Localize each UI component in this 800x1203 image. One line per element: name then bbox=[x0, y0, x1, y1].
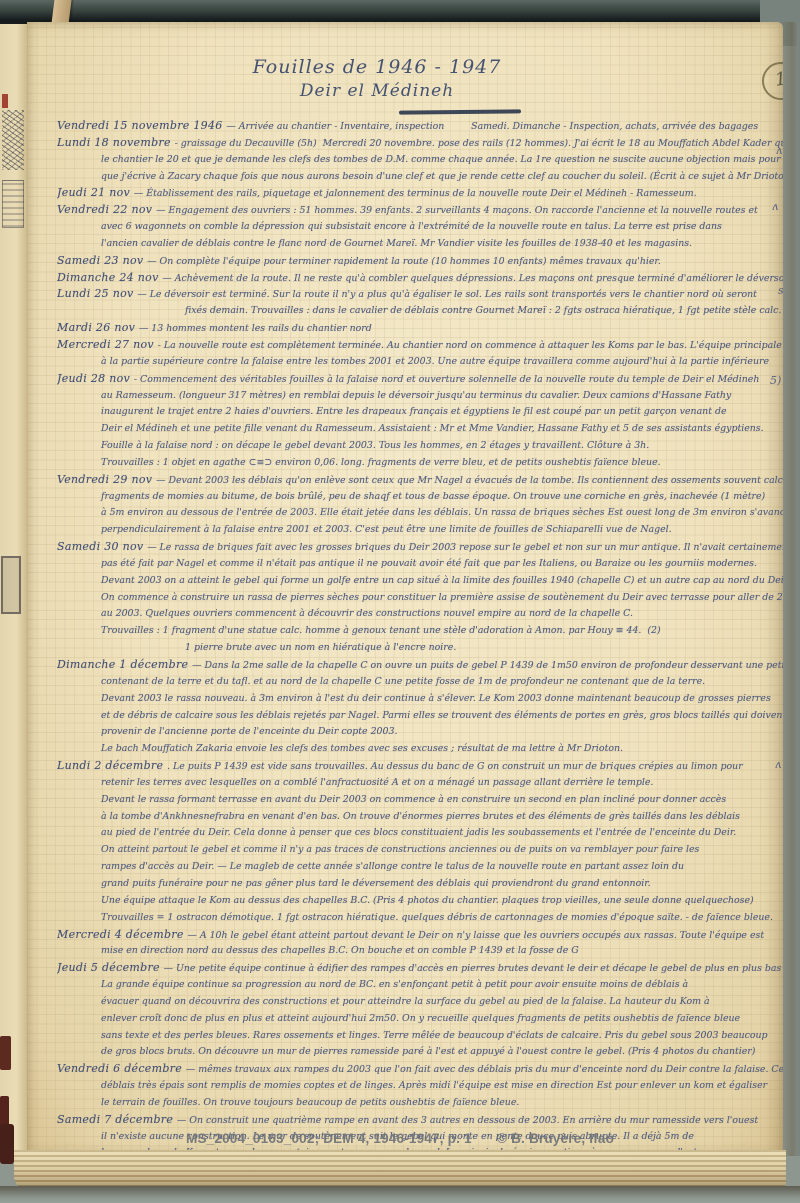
journal-line: contenant de la terre et du tafl. et au … bbox=[57, 674, 783, 691]
journal-line: Une équipe attaque le Kom au dessus des … bbox=[57, 893, 783, 910]
journal-line: Samedi 23 nov — On complète l'équipe pou… bbox=[57, 253, 783, 270]
journal-line: retenir les terres avec lesquelles on a … bbox=[57, 775, 783, 792]
journal-line: de gros blocs bruts. On découvre un mur … bbox=[57, 1044, 783, 1061]
previous-page-sliver bbox=[0, 24, 27, 1160]
journal-line: le terrain de fouilles. On trouve toujou… bbox=[57, 1095, 783, 1112]
journal-line: perpendiculairement à la falaise entre 2… bbox=[57, 522, 783, 539]
journal-line: Deir el Médineh et une petite fille vena… bbox=[57, 421, 783, 438]
entry-date: Lundi 18 novembre bbox=[57, 136, 175, 149]
journal-line: et de débris de calcaire sous les déblai… bbox=[57, 708, 783, 725]
journal-line: Trouvailles = 1 ostracon démotique. 1 fg… bbox=[57, 910, 783, 927]
sketch-fragment bbox=[2, 180, 24, 228]
page-edge-right bbox=[780, 22, 800, 1156]
photo-bottom-shadow bbox=[0, 1186, 800, 1203]
journal-line: au 2003. Quelques ouvriers commencent à … bbox=[57, 606, 783, 623]
journal-line: avec 6 wagonnets on comble la dépression… bbox=[57, 219, 783, 236]
notebook-photo: Fouilles de 1946 - 1947 Deir el Médineh … bbox=[0, 0, 800, 1203]
entry-date: Lundi 2 décembre bbox=[57, 759, 167, 772]
journal-line: Vendredi 6 décembre — mêmes travaux aux … bbox=[57, 1061, 783, 1078]
journal-line: Samedi 30 nov — Le rassa de briques fait… bbox=[57, 539, 783, 556]
journal-line: évacuer quand on découvrira des construc… bbox=[57, 994, 783, 1011]
copyright-caption: © B. Bruyère, Ifao bbox=[497, 1131, 614, 1146]
title-underline bbox=[399, 109, 521, 114]
journal-line: rampes d'accès au Deir. — Le magleb de c… bbox=[57, 859, 783, 876]
entry-date: Mercredi 4 décembre bbox=[57, 928, 187, 941]
journal-line: que j'écrive à Zacary chaque fois que no… bbox=[57, 169, 783, 186]
entry-date: Vendredi 29 nov bbox=[57, 473, 156, 486]
journal-line: fixés demain. Trouvailles : dans le cava… bbox=[57, 303, 783, 320]
journal-line: à la partie supérieure contre la falaise… bbox=[57, 354, 783, 371]
journal-line: sans texte et des perles bleues. Rares o… bbox=[57, 1028, 783, 1045]
entry-date: Dimanche 24 nov bbox=[57, 271, 162, 284]
entry-date: Vendredi 15 novembre 1946 bbox=[57, 119, 226, 132]
entry-date: Mardi 26 nov bbox=[57, 321, 139, 334]
journal-line: le chantier le 20 et que je demande les … bbox=[57, 152, 783, 169]
journal-line: au Ramesseum. (longueur 317 mètres) en r… bbox=[57, 388, 783, 405]
entry-date: Samedi 23 nov bbox=[57, 254, 147, 267]
entry-date: Mercredi 27 nov bbox=[57, 338, 158, 351]
journal-line: mise en direction nord au dessus des cha… bbox=[57, 943, 783, 960]
journal-line: grand puits funéraire pour ne pas gêner … bbox=[57, 876, 783, 893]
journal-line: enlever croît donc de plus en plus et at… bbox=[57, 1011, 783, 1028]
journal-line: Dimanche 1 décembre — Dans la 2me salle … bbox=[57, 657, 783, 674]
red-margin-mark bbox=[2, 94, 8, 108]
sketch-fragment bbox=[2, 110, 24, 170]
journal-line: inaugurent le trajet entre 2 haies d'ouv… bbox=[57, 404, 783, 421]
journal-line: Lundi 18 novembre - graissage du Decauvi… bbox=[57, 135, 783, 152]
journal-line: Lundi 2 décembre . Le puits P 1439 est v… bbox=[57, 758, 783, 775]
journal-line: pas été fait par Nagel et comme il n'éta… bbox=[57, 556, 783, 573]
margin-note: ʌ bbox=[772, 200, 778, 213]
red-corner-mark bbox=[0, 1124, 14, 1164]
journal-line: Devant 2003 le rassa nouveau. à 3m envir… bbox=[57, 691, 783, 708]
page-title: Fouilles de 1946 - 1947 bbox=[237, 56, 517, 78]
entry-date: Samedi 7 décembre bbox=[57, 1113, 177, 1126]
journal-line: Mercredi 4 décembre — A 10h le gebel éta… bbox=[57, 927, 783, 944]
entry-date: Jeudi 28 nov bbox=[57, 372, 134, 385]
entry-date: Vendredi 6 décembre bbox=[57, 1062, 186, 1075]
entry-date: Lundi 25 nov bbox=[57, 287, 137, 300]
journal-line: à 5m environ au dessous de l'entrée de 2… bbox=[57, 505, 783, 522]
journal-line: Jeudi 21 nov — Établissement des rails, … bbox=[57, 185, 783, 202]
journal-line: Samedi 7 décembre — On construit une qua… bbox=[57, 1112, 783, 1129]
journal-line: Vendredi 29 nov — Devant 2003 les déblai… bbox=[57, 472, 783, 489]
journal-line: 1 pierre brute avec un nom en hiératique… bbox=[57, 640, 783, 657]
journal-line: fragments de momies au bitume, de bois b… bbox=[57, 489, 783, 506]
journal-line: l'ancien cavalier de déblais contre le f… bbox=[57, 236, 783, 253]
journal-line: Trouvailles : 1 objet en agathe ⊂≡⊃ envi… bbox=[57, 455, 783, 472]
journal-line: à la tombe d'Ankhnesnefrabra en venant d… bbox=[57, 809, 783, 826]
entry-date: Vendredi 22 nov bbox=[57, 203, 156, 216]
journal-line: La grande équipe continue sa progression… bbox=[57, 977, 783, 994]
journal-line: Jeudi 28 nov - Commencement des véritabl… bbox=[57, 371, 783, 388]
journal-line: au pied de l'entrée du Deir. Cela donne … bbox=[57, 825, 783, 842]
sketch-fragment bbox=[1, 556, 21, 614]
red-margin-mark bbox=[0, 1036, 11, 1070]
journal-line: Devant le rassa formant terrasse en avan… bbox=[57, 792, 783, 809]
journal-line: déblais très épais sont remplis de momie… bbox=[57, 1078, 783, 1095]
journal-line: Dimanche 24 nov — Achèvement de la route… bbox=[57, 270, 783, 287]
journal-line: Vendredi 22 nov — Engagement des ouvrier… bbox=[57, 202, 783, 219]
journal-line: Mercredi 27 nov - La nouvelle route est … bbox=[57, 337, 783, 354]
journal-line: Mardi 26 nov — 13 hommes montent les rai… bbox=[57, 320, 783, 337]
journal-line: On atteint partout le gebel et comme il … bbox=[57, 842, 783, 859]
journal-line: Vendredi 15 novembre 1946 — Arrivée au c… bbox=[57, 118, 783, 135]
journal-line: Devant 2003 on a atteint le gebel qui fo… bbox=[57, 573, 783, 590]
journal-lines: Vendredi 15 novembre 1946 — Arrivée au c… bbox=[57, 118, 783, 1156]
entry-date: Jeudi 5 décembre bbox=[57, 961, 164, 974]
stacked-page-edges bbox=[14, 1150, 786, 1190]
journal-line: Trouvailles : 1 fragment d'une statue ca… bbox=[57, 623, 783, 640]
entry-date: Samedi 30 nov bbox=[57, 540, 147, 553]
journal-line: provenir de l'ancienne porte de l'encein… bbox=[57, 724, 783, 741]
journal-line: Lundi 25 nov — Le déversoir est terminé.… bbox=[57, 286, 783, 303]
manuscript-page: Fouilles de 1946 - 1947 Deir el Médineh … bbox=[27, 22, 783, 1156]
entry-date: Jeudi 21 nov bbox=[57, 186, 134, 199]
catalogue-id-caption: MS_2004_0163_002; DEM 4, 1946-1947, p. 1 bbox=[186, 1131, 472, 1146]
entry-date: Dimanche 1 décembre bbox=[57, 658, 192, 671]
journal-line: Fouille à la falaise nord : on décape le… bbox=[57, 438, 783, 455]
journal-line: Jeudi 5 décembre — Une petite équipe con… bbox=[57, 960, 783, 977]
journal-line: On commence à construire un rassa de pie… bbox=[57, 590, 783, 607]
page-subtitle: Deir el Médineh bbox=[257, 81, 497, 101]
journal-line: Le bach Mouffatich Zakaria envoie les cl… bbox=[57, 741, 783, 758]
